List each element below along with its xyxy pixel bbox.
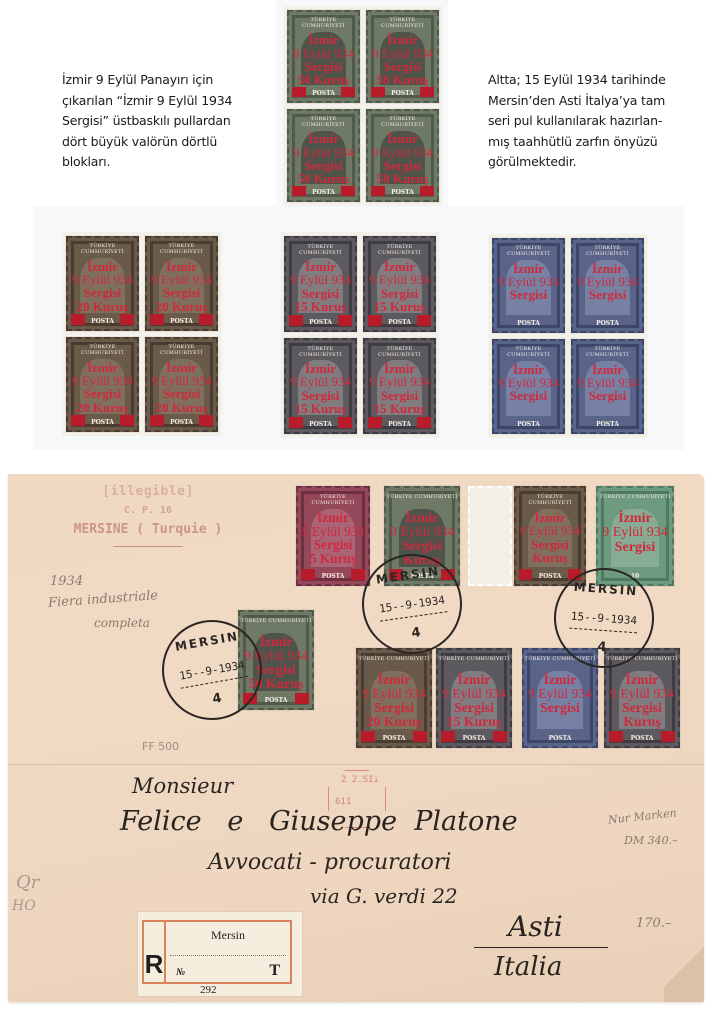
stamp: TÜRKİYE CUMHURİYETİİzmir9 Eylül 934Sergi… [366, 109, 439, 202]
pencil-lot-price: 170.– [636, 916, 671, 931]
registration-letter: R [144, 922, 166, 982]
obliterating-bars [289, 315, 353, 326]
stamp-block-50-kurus: TÜRKİYE CUMHURİYETİİzmir9 Eylül 934Sergi… [283, 6, 443, 206]
address-country: Italia [494, 952, 562, 982]
registration-frame: R Mersin № T [142, 920, 292, 984]
stamp-posta-label: POSTA [494, 320, 563, 327]
overprint-line: 9 Eylül 934 [289, 146, 358, 159]
caption-line: dört büyük valörün dörtlü [62, 132, 277, 153]
stamp-overprint: İzmir9 Eylül 934Sergisi15 Kuruş [365, 260, 434, 313]
stamp-block-20-kurus: TÜRKİYE CUMHURİYETİİzmir9 Eylül 934Sergi… [62, 232, 222, 436]
stamp-overprint: İzmir9 Eylül 934Sergisi50 Kuruş [368, 33, 437, 86]
overprint-line: Sergisi [573, 288, 642, 301]
pencil-fair-note-2: completa [94, 616, 150, 630]
stamp-overprint: İzmir9 Eylül 934Sergisi50 Kuruş [289, 33, 358, 86]
overprint-line: 5 Kuruş [298, 552, 368, 566]
overprint-line: 9 Eylül 934 [286, 375, 355, 388]
fold-line [8, 764, 704, 765]
pencil-nur-marken: Nur Marken [608, 806, 678, 826]
stamp-country: TÜRKİYE CUMHURİYETİ [289, 17, 358, 29]
obliterating-bars [150, 415, 214, 426]
registration-label: R Mersin № T 292 [138, 912, 302, 996]
stamp-overprint: İzmir9 Eylül 934Sergisi [494, 363, 563, 403]
overprint-line: Sergisi [573, 389, 642, 402]
stamp-country: TÜRKİYE CUMHURİYETİ [286, 244, 355, 256]
stamp: TÜRKİYE CUMHURİYETİİzmir9 Eylül 934Sergi… [492, 339, 565, 434]
registered-cover: [illegible] C. P. 16 MERSINE ( Turquie )… [8, 474, 704, 1002]
stamp-country: TÜRKİYE CUMHURİYETİ [286, 346, 355, 358]
overprint-line: 50 Kuruş [368, 73, 437, 86]
overprint-line: Sergisi [358, 701, 430, 715]
overprint-line: 15 Kuruş [365, 300, 434, 313]
stamp: TÜRKİYE CUMHURİYETİİzmir9 Eylül 934Sergi… [66, 236, 139, 331]
sender-line-2: C. P. 16 [18, 505, 278, 516]
stamp-overprint: İzmir9 Eylül 934Sergisi20 Kuruş [147, 361, 216, 414]
overprint-line: 15 Kuruş [365, 402, 434, 415]
caption-line: görülmektedir. [488, 152, 708, 173]
overprint-line: İzmir [365, 362, 434, 375]
overprint-line: İzmir [368, 132, 437, 145]
sender-rule [113, 546, 183, 547]
stamp: TÜRKİYE CUMHURİYETİİzmir9 Eylül 934Sergi… [66, 337, 139, 432]
transit-date: 2 2.SII [341, 775, 379, 785]
stamp-overprint: İzmir9 Eylül 934Sergisi20 Kuruş [68, 361, 137, 414]
stamp-posta-label: POSTA [573, 320, 642, 327]
overprint-line: Sergisi [386, 539, 458, 553]
overprint-line: 9 Eylül 934 [524, 687, 596, 701]
overprint-line: İzmir [606, 673, 678, 687]
overprint-line: 9 Eylül 934 [494, 275, 563, 288]
overprint-line: 20 Kuruş [358, 715, 430, 729]
stamp-overprint: İzmir9 Eylül 934Sergisi15 Kuruş [286, 260, 355, 313]
overprint-line: 9 Eylül 934 [516, 524, 584, 537]
overprint-line: 9 Eylül 934 [573, 376, 642, 389]
overprint-line: Sergisi [298, 538, 368, 552]
overprint-line: Sergisi [286, 389, 355, 402]
obliterating-bars [609, 731, 675, 743]
stamp-overprint: İzmir9 Eylül 934Sergisi15 Kuruş [365, 362, 434, 415]
overprint-line: 15 Kuruş [286, 402, 355, 415]
stamp-overprint: İzmir9 Eylül 934Sergisi20 Kuruş [147, 260, 216, 313]
overprint-line: 9 Eylül 934 [606, 687, 678, 701]
stamp-overprint: İzmir9 Eylül 934Sergisi [573, 363, 642, 403]
postmark-number: 4 [368, 619, 465, 647]
overprint-line: 50 Kuruş [368, 172, 437, 185]
obliterating-bars [292, 186, 356, 197]
stamp: TÜRKİYE CUMHURİYETİİzmir9 Eylül 934Sergi… [492, 238, 565, 333]
stamp-overprint: İzmir9 Eylül 934Sergisi15 Kuruş [286, 362, 355, 415]
overprint-line: İzmir [147, 260, 216, 273]
obliterating-bars [368, 417, 432, 428]
overprint-line: İzmir [438, 673, 510, 687]
stamp: TÜRKİYE CUMHURİYETİİzmir9 Eylül 934Sergi… [296, 486, 370, 586]
overprint-line: 50 Kuruş [289, 172, 358, 185]
stamp-overprint: İzmir9 Eylül 934Sergisi [524, 673, 596, 715]
overprint-line: 9 Eylül 934 [147, 273, 216, 286]
overprint-line: Sergisi [606, 701, 678, 715]
caption-line: seri pul kullanılarak hazırlan- [488, 111, 708, 132]
stamp-country: TÜRKİYE CUMHURİYETİ [365, 244, 434, 256]
stamp-overprint: İzmir9 Eylül 934Sergisi5 Kuruş [298, 511, 368, 566]
overprint-line: Sergisi [494, 389, 563, 402]
stamp-overprint: İzmir9 Eylül 934Sergisi50 Kuruş [368, 132, 437, 185]
overprint-line: İzmir [494, 363, 563, 376]
overprint-line: 15 Kuruş [438, 715, 510, 729]
pencil-year: 1934 [50, 574, 83, 589]
overprint-line: 9 Eylül 934 [286, 273, 355, 286]
overprint-line: 20 Kuruş [68, 401, 137, 414]
stamp-country: TÜRKİYE CUMHURİYETİ [68, 344, 137, 356]
overprint-line: İzmir [68, 260, 137, 273]
postmark-date: 15--9-1934 [164, 656, 261, 685]
address-city: Asti [508, 910, 563, 943]
address-name: Felice e Giuseppe Platone [120, 806, 518, 837]
postmark-town: MERSIN [158, 626, 255, 656]
sender-line-1: [illegible] [18, 484, 278, 499]
postmark-date: 15--9-1934 [556, 609, 653, 629]
pencil-price-ff: FF 500 [142, 740, 179, 753]
stamp: TÜRKİYE CUMHURİYETİİzmir9 Eylül 934Sergi… [287, 109, 360, 202]
sender-line-3: MERSINE ( Turquie ) [18, 522, 278, 537]
stamp-overprint: İzmir9 Eylül 934Sergisi [598, 511, 672, 554]
overprint-line: 9 Eylül 934 [573, 275, 642, 288]
stamp-country: TÜRKİYE CUMHURİYETİ [68, 243, 137, 255]
stamp-overprint: İzmir9 Eylül 934Sergisi20 Kuruş [68, 260, 137, 313]
overprint-line: 9 Eylül 934 [358, 687, 430, 701]
caption-line: Mersin’den Asti İtalya’ya tam [488, 91, 708, 112]
obliterating-bars [150, 314, 214, 325]
stamp: TÜRKİYE CUMHURİYETİİzmir9 Eylül 934Sergi… [145, 236, 218, 331]
stamp-country: TÜRKİYE CUMHURİYETİ [358, 656, 430, 662]
overprint-line: Sergisi [524, 701, 596, 715]
overprint-line: Sergisi [286, 287, 355, 300]
overprint-line: 50 Kuruş [289, 73, 358, 86]
obliterating-bars [71, 314, 135, 325]
stamp: TÜRKİYE CUMHURİYETİİzmir9 Eylül 934Sergi… [363, 338, 436, 434]
registration-office: Mersin [166, 928, 290, 943]
caption-line: blokları. [62, 152, 277, 173]
caption-left: İzmir 9 Eylül Panayırı için çıkarılan “İ… [62, 70, 277, 173]
overprint-line: Sergisi [68, 286, 137, 299]
stamp-overprint: İzmir9 Eylül 934Sergisi20 Kuruş [358, 673, 430, 729]
overprint-line: 9 Eylül 934 [438, 687, 510, 701]
pencil-initials-2: HO [12, 898, 36, 914]
postmark: MERSIN 15--9-1934 4 [154, 612, 270, 728]
overprint-line: İzmir [386, 511, 458, 525]
overprint-line: 9 Eylül 934 [298, 525, 368, 539]
overprint-line: Sergisi [368, 159, 437, 172]
stamp-overprint: İzmir9 Eylül 934Sergisi50 Kuruş [289, 132, 358, 185]
overprint-line: İzmir [516, 511, 584, 524]
stamp: TÜRKİYE CUMHURİYETİİzmir9 Eylül 934Sergi… [363, 236, 436, 332]
obliterating-bars [371, 186, 435, 197]
overprint-line: İzmir [368, 33, 437, 46]
overprint-line: Sergisi [289, 60, 358, 73]
stamp: TÜRKİYE CUMHURİYETİİzmir9 Eylül 934Sergi… [145, 337, 218, 432]
stamp-block-15-kurus: TÜRKİYE CUMHURİYETİİzmir9 Eylül 934Sergi… [280, 232, 440, 438]
stamp-block-12-5-kurus: TÜRKİYE CUMHURİYETİİzmir9 Eylül 934Sergi… [488, 234, 648, 438]
stamp-country: TÜRKİYE CUMHURİYETİ [240, 618, 312, 624]
stamp-country: TÜRKİYE CUMHURİYETİ [298, 494, 368, 506]
stamp: TÜRKİYE CUMHURİYETİİzmir9 Eylül 934Sergi… [514, 486, 586, 586]
registration-dotted-rule [170, 955, 286, 956]
overprint-line: Sergisi [494, 288, 563, 301]
stamp-posta-label: POSTA [573, 421, 642, 428]
sender-cachet: [illegible] C. P. 16 MERSINE ( Turquie ) [18, 484, 278, 547]
overprint-line: İzmir [358, 673, 430, 687]
overprint-line: 15 Kuruş [286, 300, 355, 313]
overprint-line: Sergisi [289, 159, 358, 172]
obliterating-bars [371, 87, 435, 98]
overprint-line: İzmir [286, 260, 355, 273]
gutter-margin [468, 486, 512, 586]
overprint-line: 20 Kuruş [147, 401, 216, 414]
stamp-country: TÜRKİYE CUMHURİYETİ [368, 116, 437, 128]
overprint-line: 9 Eylül 934 [68, 273, 137, 286]
stamp: TÜRKİYE CUMHURİYETİİzmir9 Eylül 934Sergi… [284, 338, 357, 434]
overprint-line: Sergisi [368, 60, 437, 73]
overprint-line: İzmir [598, 511, 672, 525]
stamp: TÜRKİYE CUMHURİYETİİzmir9 Eylül 934Sergi… [356, 648, 432, 748]
obliterating-bars [289, 417, 353, 428]
overprint-line: İzmir [573, 363, 642, 376]
overprint-line: 9 Eylül 934 [386, 525, 458, 539]
overprint-line: 20 Kuruş [68, 300, 137, 313]
stamp: TÜRKİYE CUMHURİYETİİzmir9 Eylül 934Sergi… [571, 339, 644, 434]
registration-t-mark: T [269, 962, 280, 980]
address-underline [474, 947, 608, 948]
overprint-line: 9 Eylül 934 [365, 375, 434, 388]
stamp-overprint: İzmir9 Eylül 934SergisiKuruş [606, 673, 678, 729]
overprint-line: Sergisi [438, 701, 510, 715]
stamp-country: TÜRKİYE CUMHURİYETİ [573, 245, 642, 257]
postmark: MERSIN 15--9-1934 4 [356, 548, 469, 661]
caption-line: Sergisi” üstbaskılı pullardan [62, 111, 277, 132]
stamp-overprint: İzmir9 Eylül 934Sergisi15 Kuruş [438, 673, 510, 729]
obliterating-bars [361, 731, 427, 743]
overprint-line: İzmir [289, 33, 358, 46]
registration-number-sign: № [176, 967, 185, 978]
overprint-line: 9 Eylül 934 [289, 47, 358, 60]
overprint-line: Kuruş [516, 551, 584, 564]
overprint-line: Sergisi [516, 538, 584, 551]
stamp-country: TÜRKİYE CUMHURİYETİ [573, 346, 642, 358]
postmark-rule [569, 628, 637, 634]
stamp: TÜRKİYE CUMHURİYETİİzmir9 Eylül 934Sergi… [571, 238, 644, 333]
stamp-country: TÜRKİYE CUMHURİYETİ [438, 656, 510, 662]
caption-line: İzmir 9 Eylül Panayırı için [62, 70, 277, 91]
overprint-line: Sergisi [365, 287, 434, 300]
stamp: TÜRKİYE CUMHURİYETİİzmir9 Eylül 934Sergi… [436, 648, 512, 748]
overprint-line: 9 Eylül 934 [68, 374, 137, 387]
address-title: Avvocati - procuratori [208, 850, 451, 875]
pencil-dm-price: DM 340.– [624, 834, 678, 847]
obliterating-bars [441, 731, 507, 743]
overprint-line: İzmir [298, 511, 368, 525]
overprint-line: Kuruş [606, 715, 678, 729]
overprint-line: İzmir [68, 361, 137, 374]
obliterating-bars [368, 315, 432, 326]
overprint-line: 9 Eylül 934 [598, 525, 672, 539]
overprint-line: 9 Eylül 934 [494, 376, 563, 389]
caption-line: çıkarılan “İzmir 9 Eylül 1934 [62, 91, 277, 112]
overprint-line: 9 Eylül 934 [147, 374, 216, 387]
stamp-country: TÜRKİYE CUMHURİYETİ [147, 344, 216, 356]
overprint-line: İzmir [524, 673, 596, 687]
obliterating-bars [71, 415, 135, 426]
postmark-town: MERSIN [359, 562, 456, 589]
stamp-country: TÜRKİYE CUMHURİYETİ [598, 494, 672, 500]
overprint-line: İzmir [147, 361, 216, 374]
stamp-posta-label: POSTA [524, 735, 596, 742]
postmark-date: 15--9-1934 [364, 591, 461, 617]
stamp-overprint: İzmir9 Eylül 934Sergisi [573, 262, 642, 302]
overprint-line: İzmir [494, 262, 563, 275]
pencil-fair-note: Fiera industriale [48, 588, 159, 611]
stamp-country: TÜRKİYE CUMHURİYETİ [368, 17, 437, 29]
stamp-overprint: İzmir9 Eylül 934Sergisi [494, 262, 563, 302]
stamp-posta-label: POSTA [494, 421, 563, 428]
stamp-country: TÜRKİYE CUMHURİYETİ [494, 245, 563, 257]
pencil-initials: Qr [16, 872, 39, 893]
overprint-line: Sergisi [68, 387, 137, 400]
stamp-country: TÜRKİYE CUMHURİYETİ [386, 494, 458, 500]
obliterating-bars [292, 87, 356, 98]
stamp-overprint: İzmir9 Eylül 934SergisiKuruş [516, 511, 584, 564]
overprint-line: 9 Eylül 934 [368, 146, 437, 159]
stamp: TÜRKİYE CUMHURİYETİİzmir9 Eylül 934Sergi… [366, 10, 439, 103]
overprint-line: 9 Eylül 934 [365, 273, 434, 286]
caption-line: Altta; 15 Eylül 1934 tarihinde [488, 70, 708, 91]
caption-right: Altta; 15 Eylül 1934 tarihinde Mersin’de… [488, 70, 708, 173]
overprint-line: Sergisi [147, 387, 216, 400]
address-street: via G. verdi 22 [310, 884, 458, 908]
stamp-country: TÜRKİYE CUMHURİYETİ [365, 346, 434, 358]
overprint-line: 9 Eylül 934 [368, 47, 437, 60]
overprint-line: Sergisi [598, 540, 672, 554]
overprint-line: İzmir [289, 132, 358, 145]
stamp: TÜRKİYE CUMHURİYETİİzmir9 Eylül 934Sergi… [284, 236, 357, 332]
overprint-line: 20 Kuruş [147, 300, 216, 313]
stamp: TÜRKİYE CUMHURİYETİİzmir9 Eylül 934Sergi… [287, 10, 360, 103]
overprint-line: İzmir [365, 260, 434, 273]
stamp-country: TÜRKİYE CUMHURİYETİ [147, 243, 216, 255]
address-salutation: Monsieur [132, 774, 233, 798]
overprint-line: Sergisi [365, 389, 434, 402]
stamp-country: TÜRKİYE CUMHURİYETİ [494, 346, 563, 358]
caption-line: mış taahhütlü zarfın önyüzü [488, 132, 708, 153]
registration-serial: 292 [200, 984, 217, 996]
overprint-line: İzmir [286, 362, 355, 375]
stamp-country: TÜRKİYE CUMHURİYETİ [289, 116, 358, 128]
overprint-line: İzmir [573, 262, 642, 275]
overprint-line: Sergisi [147, 286, 216, 299]
obliterating-bars [301, 569, 365, 581]
stamp-country: TÜRKİYE CUMHURİYETİ [516, 494, 584, 506]
